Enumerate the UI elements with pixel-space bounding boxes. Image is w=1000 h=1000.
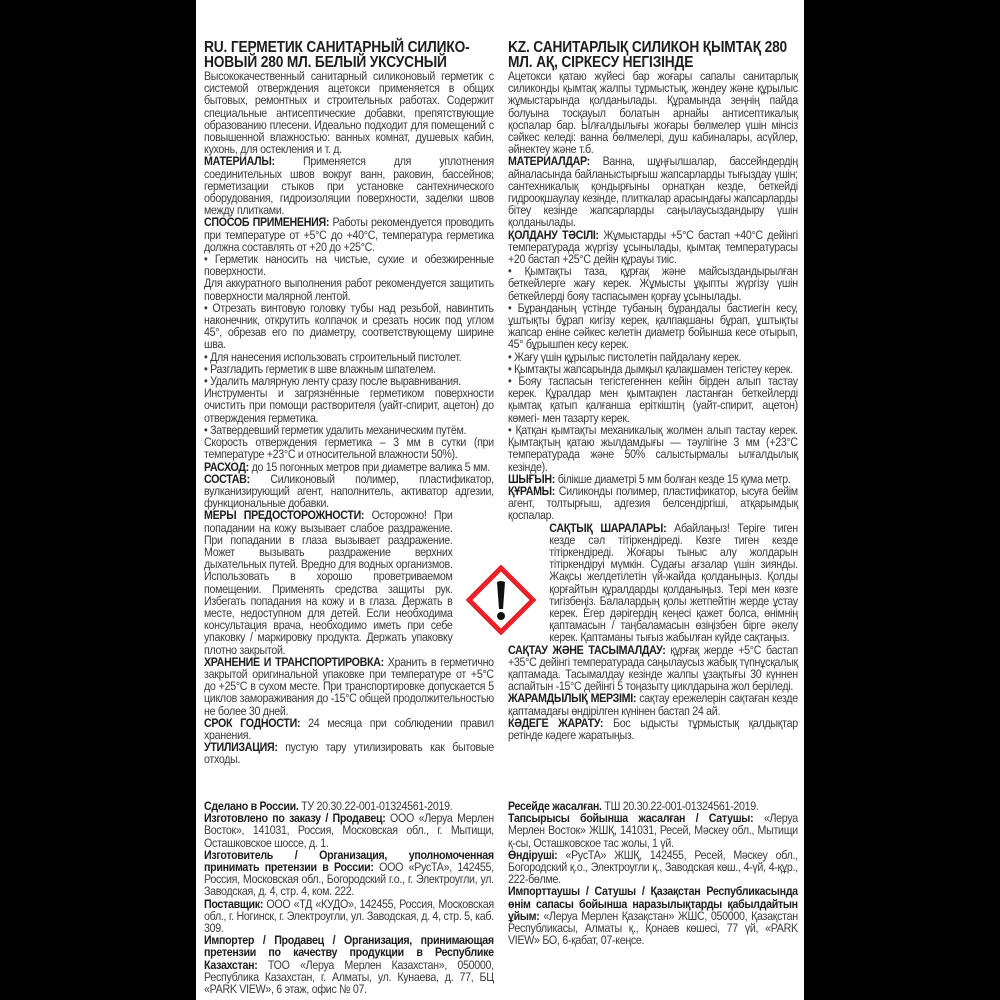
product-label-panel: RU. ГЕРМЕТИК САНИТАРНЫЙ СИЛИКО-НОВЫЙ 280… <box>196 0 804 1000</box>
ru-materials: МАТЕРИАЛЫ: Применяется для уплотнения со… <box>204 155 494 216</box>
ru-shelf-life: СРОК ГОДНОСТИ: 24 месяца при соблюдении … <box>204 717 494 741</box>
kz-composition: ҚҰРАМЫ: Силиконды полимер, пластификатор… <box>508 485 798 522</box>
ru-usage-item: Инструменты и загрязнённые герметиком по… <box>204 387 494 424</box>
kz-usage: ҚОЛДАНУ ТӘСІЛІ: Жұмыстарды +5°С бастап +… <box>508 229 798 266</box>
kz-column: KZ. САНИТАРЛЫҚ СИЛИКОН ҚЫМТАҚ 280 МЛ. АҚ… <box>508 40 798 741</box>
ru-usage-item: • Герметик наносить на чистые, сухие и о… <box>204 253 494 277</box>
ru-usage-item: Скорость отверждения герметика – 3 мм в … <box>204 436 494 460</box>
ru-column: RU. ГЕРМЕТИК САНИТАРНЫЙ СИЛИКО-НОВЫЙ 280… <box>204 40 494 766</box>
ru-storage: ХРАНЕНИЕ И ТРАНСПОРТИРОВКА: Хранить в ге… <box>204 656 494 717</box>
kz-usage-item: • Қатқан қымтақты механикалық жолмен алы… <box>508 424 798 473</box>
ru-composition: СОСТАВ: Силиконовый полимер, пластификат… <box>204 473 494 510</box>
kz-title: KZ. САНИТАРЛЫҚ СИЛИКОН ҚЫМТАҚ 280 МЛ. АҚ… <box>508 40 798 70</box>
kz-disposal: КӘДЕГЕ ЖАРАТУ: Бос ыдысты тұрмыстық қалд… <box>508 717 798 741</box>
ru-usage: СПОСОБ ПРИМЕНЕНИЯ: Работы рекомендуется … <box>204 216 494 253</box>
ru-usage-item: • Отрезать винтовую головку тубы над рез… <box>204 302 494 351</box>
ru-intro: Высококачественный санитарный силиконовы… <box>204 70 494 155</box>
kz-materials: МАТЕРИАЛДАР: Ванна, шұңғылшалар, бассейн… <box>508 155 798 228</box>
kz-storage: САҚТАУ ЖӘНЕ ТАСЫМАЛДАУ: құрғақ жерде +5°… <box>508 644 798 693</box>
kz-shelf-life: ЖАРАМДЫЛЫҚ МЕРЗІМІ: сақтау ережелерін са… <box>508 692 798 716</box>
ru-disposal: УТИЛИЗАЦИЯ: пустую тару утилизировать ка… <box>204 741 494 765</box>
kz-intro: Ацетокси қатаю жүйесі бар жоғары сапалы … <box>508 70 798 155</box>
kz-usage-item: • Бояу таспасын тегістегеннен кейін бірд… <box>508 375 798 424</box>
kz-usage-item: • Қымтақты таза, құрғақ және майсызданды… <box>508 265 798 302</box>
hazard-exclamation-icon <box>466 565 536 635</box>
ru-usage-item: Для аккуратного выполнения работ рекомен… <box>204 277 494 301</box>
ru-manufacturer-info: Сделано в России. ТУ 20.30.22-001-013245… <box>204 800 494 995</box>
kz-precautions: САҚТЫҚ ШАРАЛАРЫ: Абайлаңыз! Теріге тиген… <box>508 522 798 644</box>
ru-title: RU. ГЕРМЕТИК САНИТАРНЫЙ СИЛИКО-НОВЫЙ 280… <box>204 40 494 70</box>
kz-usage-item: • Бұранданың үстінде тубаның бұрандалы б… <box>508 302 798 351</box>
ru-precautions: МЕРЫ ПРЕДОСТОРОЖНОСТИ: Осторожно! При по… <box>204 509 494 655</box>
kz-manufacturer-info: Ресейде жасалған. ТШ 20.30.22-001-013245… <box>508 800 798 946</box>
